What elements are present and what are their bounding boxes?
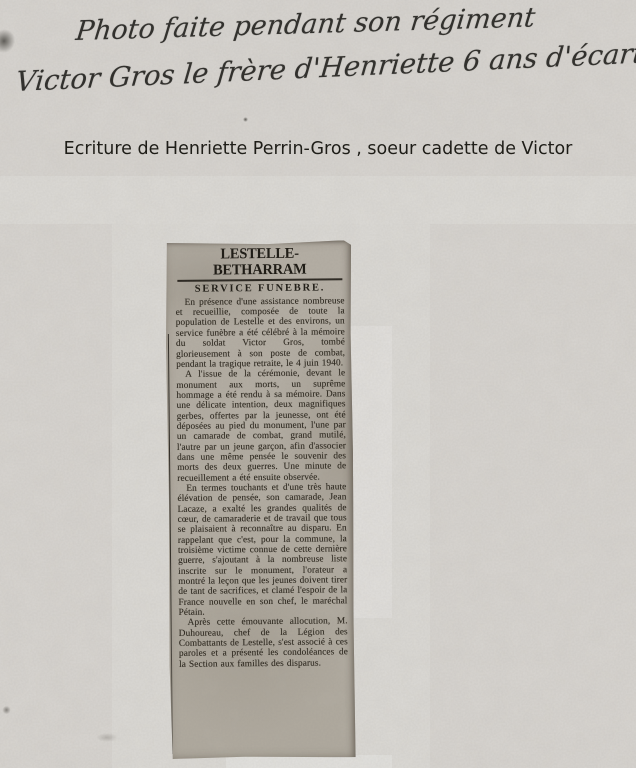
clipping-paragraph: En présence d'une assistance nombreuse e… bbox=[176, 296, 346, 370]
newspaper-clipping: LESTELLE-BETHARRAM SERVICE FUNEBRE. En p… bbox=[165, 240, 356, 759]
ink-smudge bbox=[2, 706, 11, 714]
ink-dot bbox=[243, 117, 248, 122]
scanned-page: Photo faite pendant son régiment Victor … bbox=[0, 0, 636, 768]
clipping-subhead: SERVICE FUNEBRE. bbox=[175, 282, 344, 295]
clipping-paragraph: Après cette émouvante allocution, M. Duh… bbox=[179, 617, 348, 670]
clipping-paragraph: A l'issue de la cérémonie, devant le mon… bbox=[176, 368, 346, 483]
backing-paper-patch bbox=[349, 326, 392, 618]
clipping-paragraph: En termes touchants et d'une très haute … bbox=[177, 482, 347, 618]
handwriting-line-1: Photo faite pendant son régiment bbox=[74, 2, 536, 47]
scan-tone-band bbox=[0, 176, 636, 224]
headline-rule bbox=[177, 278, 342, 281]
ink-smudge bbox=[0, 25, 20, 58]
clipping-headline: LESTELLE-BETHARRAM bbox=[178, 245, 341, 279]
typed-caption: Ecriture de Henriette Perrin-Gros , soeu… bbox=[0, 139, 636, 159]
handwriting-line-2: Victor Gros le frère d'Henriette 6 ans d… bbox=[14, 37, 636, 98]
